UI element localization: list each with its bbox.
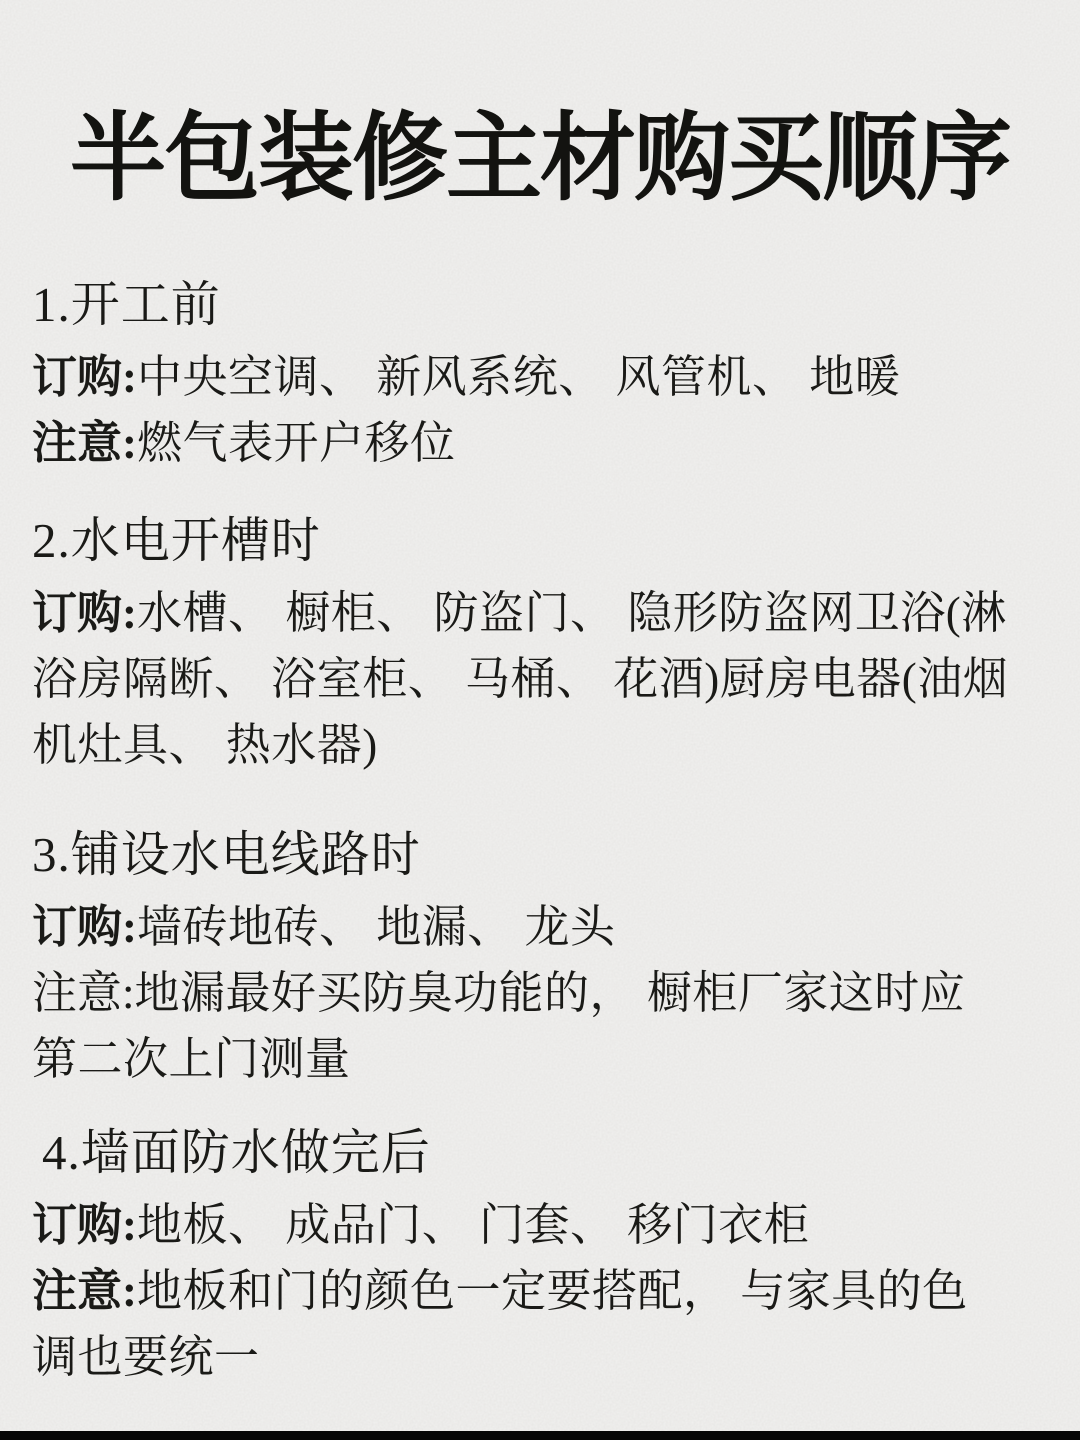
line-text: 调也要统一 [32,1332,260,1382]
line-text: 燃气表开户移位 [137,418,456,468]
page-title: 半包装修主材购买顺序 [0,0,1080,210]
text-line: 机灶具、 热水器) [32,712,1048,778]
section-before-construction: 1.开工前 订购:中央空调、 新风系统、 风管机、 地暖 注意:燃气表开户移位 [32,272,1048,476]
order-label: 订购: [32,902,137,952]
line-text: 第二次上门测量 [32,1034,351,1084]
text-line: 注意:地板和门的颜色一定要搭配， 与家具的色 [32,1258,1048,1324]
order-label: 订购: [32,352,137,402]
section-heading: 1.开工前 [32,272,1048,338]
section-heading: 2.水电开槽时 [32,508,1048,574]
line-text: 地板和门的颜色一定要搭配， 与家具的色 [137,1266,968,1316]
section-heading: 3.铺设水电线路时 [32,822,1048,888]
bottom-black-bar [0,1431,1080,1440]
text-line: 第二次上门测量 [32,1026,1048,1092]
line-text: 墙砖地砖、 地漏、 龙头 [137,902,616,952]
section-heading: 4.墙面防水做完后 [32,1120,1048,1186]
line-text: 地板、 成品门、 门套、 移门衣柜 [137,1200,809,1250]
text-line: 订购:中央空调、 新风系统、 风管机、 地暖 [32,344,1048,410]
note-page: 半包装修主材购买顺序 1.开工前 订购:中央空调、 新风系统、 风管机、 地暖 … [0,0,1080,1390]
note-label: 注意: [32,418,137,468]
text-line: 注意:燃气表开户移位 [32,410,1048,476]
text-line: 调也要统一 [32,1324,1048,1390]
line-text: 浴房隔断、 浴室柜、 马桶、 花酒)厨房电器(油烟 [32,654,1008,704]
note-content: 1.开工前 订购:中央空调、 新风系统、 风管机、 地暖 注意:燃气表开户移位 … [0,272,1080,1390]
note-label: 注意: [32,968,135,1018]
line-text: 地漏最好买防臭功能的， 橱柜厂家这时应 [135,968,966,1018]
text-line: 订购:地板、 成品门、 门套、 移门衣柜 [32,1192,1048,1258]
note-label: 注意: [32,1266,137,1316]
line-text: 中央空调、 新风系统、 风管机、 地暖 [137,352,900,402]
section-after-wall-waterproofing: 4.墙面防水做完后 订购:地板、 成品门、 门套、 移门衣柜 注意:地板和门的颜… [32,1120,1048,1390]
order-label: 订购: [32,1200,137,1250]
text-line: 注意:地漏最好买防臭功能的， 橱柜厂家这时应 [32,960,1048,1026]
text-line: 订购:水槽、 橱柜、 防盗门、 隐形防盗网卫浴(淋 [32,580,1048,646]
order-label: 订购: [32,588,137,638]
line-text: 机灶具、 热水器) [32,720,378,770]
section-laying-wiring: 3.铺设水电线路时 订购:墙砖地砖、 地漏、 龙头 注意:地漏最好买防臭功能的，… [32,822,1048,1092]
section-plumbing-electric-slotting: 2.水电开槽时 订购:水槽、 橱柜、 防盗门、 隐形防盗网卫浴(淋 浴房隔断、 … [32,508,1048,778]
text-line: 浴房隔断、 浴室柜、 马桶、 花酒)厨房电器(油烟 [32,646,1048,712]
text-line: 订购:墙砖地砖、 地漏、 龙头 [32,894,1048,960]
line-text: 水槽、 橱柜、 防盗门、 隐形防盗网卫浴(淋 [137,588,1007,638]
